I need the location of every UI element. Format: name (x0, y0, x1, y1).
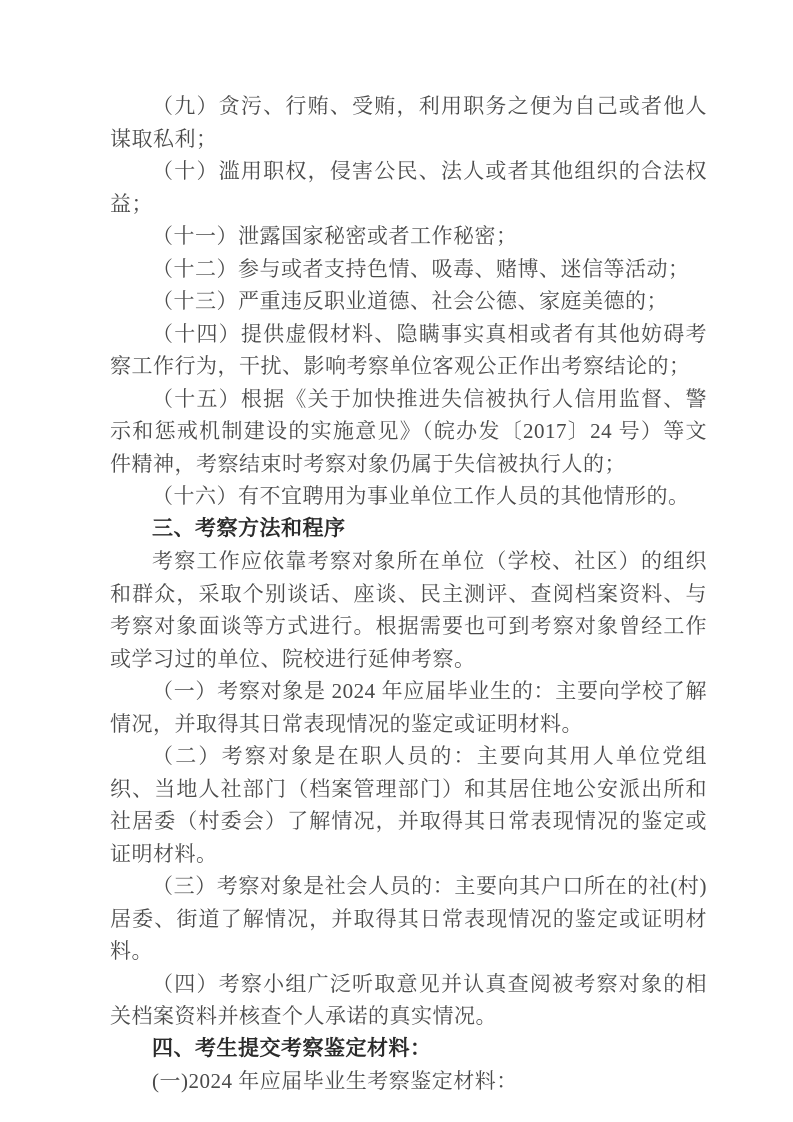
document-page: （九）贪污、行贿、受贿，利用职务之便为自己或者他人谋取私利； （十）滥用职权，侵… (0, 0, 793, 1122)
paragraph-item-10: （十）滥用职权，侵害公民、法人或者其他组织的合法权益； (110, 155, 707, 220)
paragraph-item-14: （十四）提供虚假材料、隐瞒事实真相或者有其他妨碍考察工作行为，干扰、影响考察单位… (110, 318, 707, 383)
paragraph-item-12: （十二）参与或者支持色情、吸毒、赌博、迷信等活动； (110, 253, 707, 286)
paragraph-method-4: （四）考察小组广泛听取意见并认真查阅被考察对象的相关档案资料并核查个人承诺的真实… (110, 968, 707, 1033)
section-heading-methods: 三、考察方法和程序 (110, 513, 707, 546)
paragraph-item-9: （九）贪污、行贿、受贿，利用职务之便为自己或者他人谋取私利； (110, 90, 707, 155)
paragraph-method-1: （一）考察对象是 2024 年应届毕业生的：主要向学校了解情况，并取得其日常表现… (110, 675, 707, 740)
paragraph-methods-intro: 考察工作应依靠考察对象所在单位（学校、社区）的组织和群众，采取个别谈话、座谈、民… (110, 545, 707, 675)
paragraph-item-16: （十六）有不宜聘用为事业单位工作人员的其他情形的。 (110, 480, 707, 513)
document-content: （九）贪污、行贿、受贿，利用职务之便为自己或者他人谋取私利； （十）滥用职权，侵… (110, 90, 707, 1098)
paragraph-item-15: （十五）根据《关于加快推进失信被执行人信用监督、警示和惩戒机制建设的实施意见》（… (110, 383, 707, 481)
paragraph-item-11: （十一）泄露国家秘密或者工作秘密； (110, 220, 707, 253)
paragraph-materials-1: (一)2024 年应届毕业生考察鉴定材料： (110, 1065, 707, 1098)
paragraph-item-13: （十三）严重违反职业道德、社会公德、家庭美德的； (110, 285, 707, 318)
section-heading-materials: 四、考生提交考察鉴定材料： (110, 1033, 707, 1066)
paragraph-method-3: （三）考察对象是社会人员的：主要向其户口所在的社(村)居委、街道了解情况，并取得… (110, 870, 707, 968)
paragraph-method-2: （二）考察对象是在职人员的：主要向其用人单位党组织、当地人社部门（档案管理部门）… (110, 740, 707, 870)
